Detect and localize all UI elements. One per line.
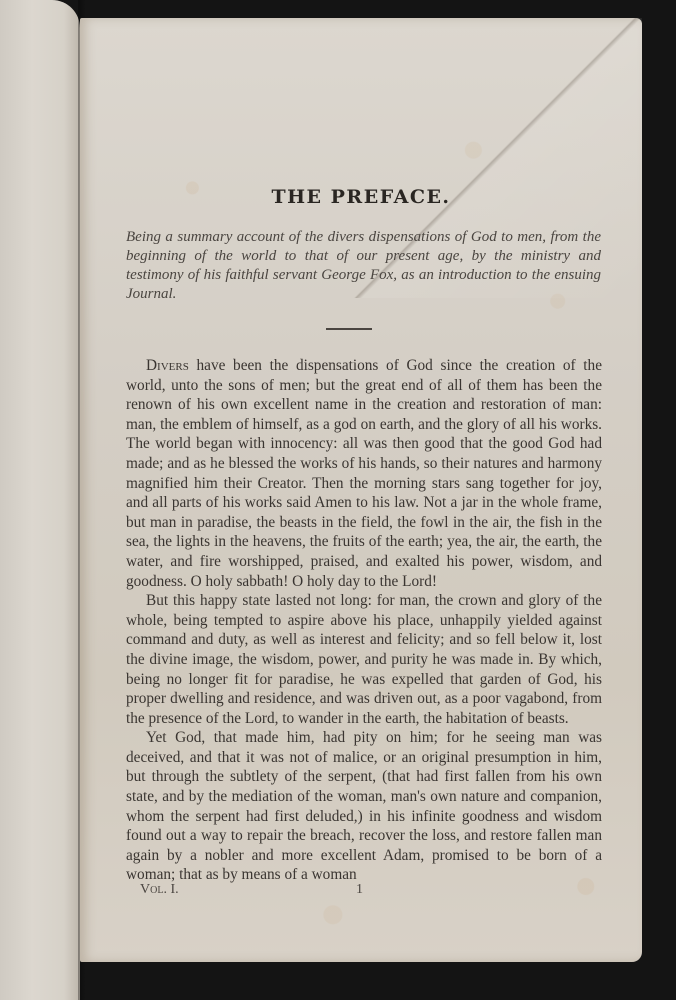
facing-page-edge (0, 0, 80, 1000)
title-divider (326, 328, 372, 330)
page-number: 1 (356, 882, 363, 898)
page-subtitle: Being a summary account of the divers di… (126, 228, 601, 304)
paragraph: Yet God, that made him, had pity on him;… (126, 728, 602, 885)
page-title: THE PREFACE. (126, 186, 596, 208)
drop-lead-word: Divers (146, 357, 189, 374)
volume-label: Vol. I. (140, 882, 179, 898)
paragraph: Divers have been the dispensations of Go… (126, 356, 602, 591)
book-page: THE PREFACE. Being a summary account of … (80, 18, 642, 962)
body-text: Divers have been the dispensations of Go… (126, 356, 602, 885)
paragraph: But this happy state lasted not long: fo… (126, 591, 602, 728)
